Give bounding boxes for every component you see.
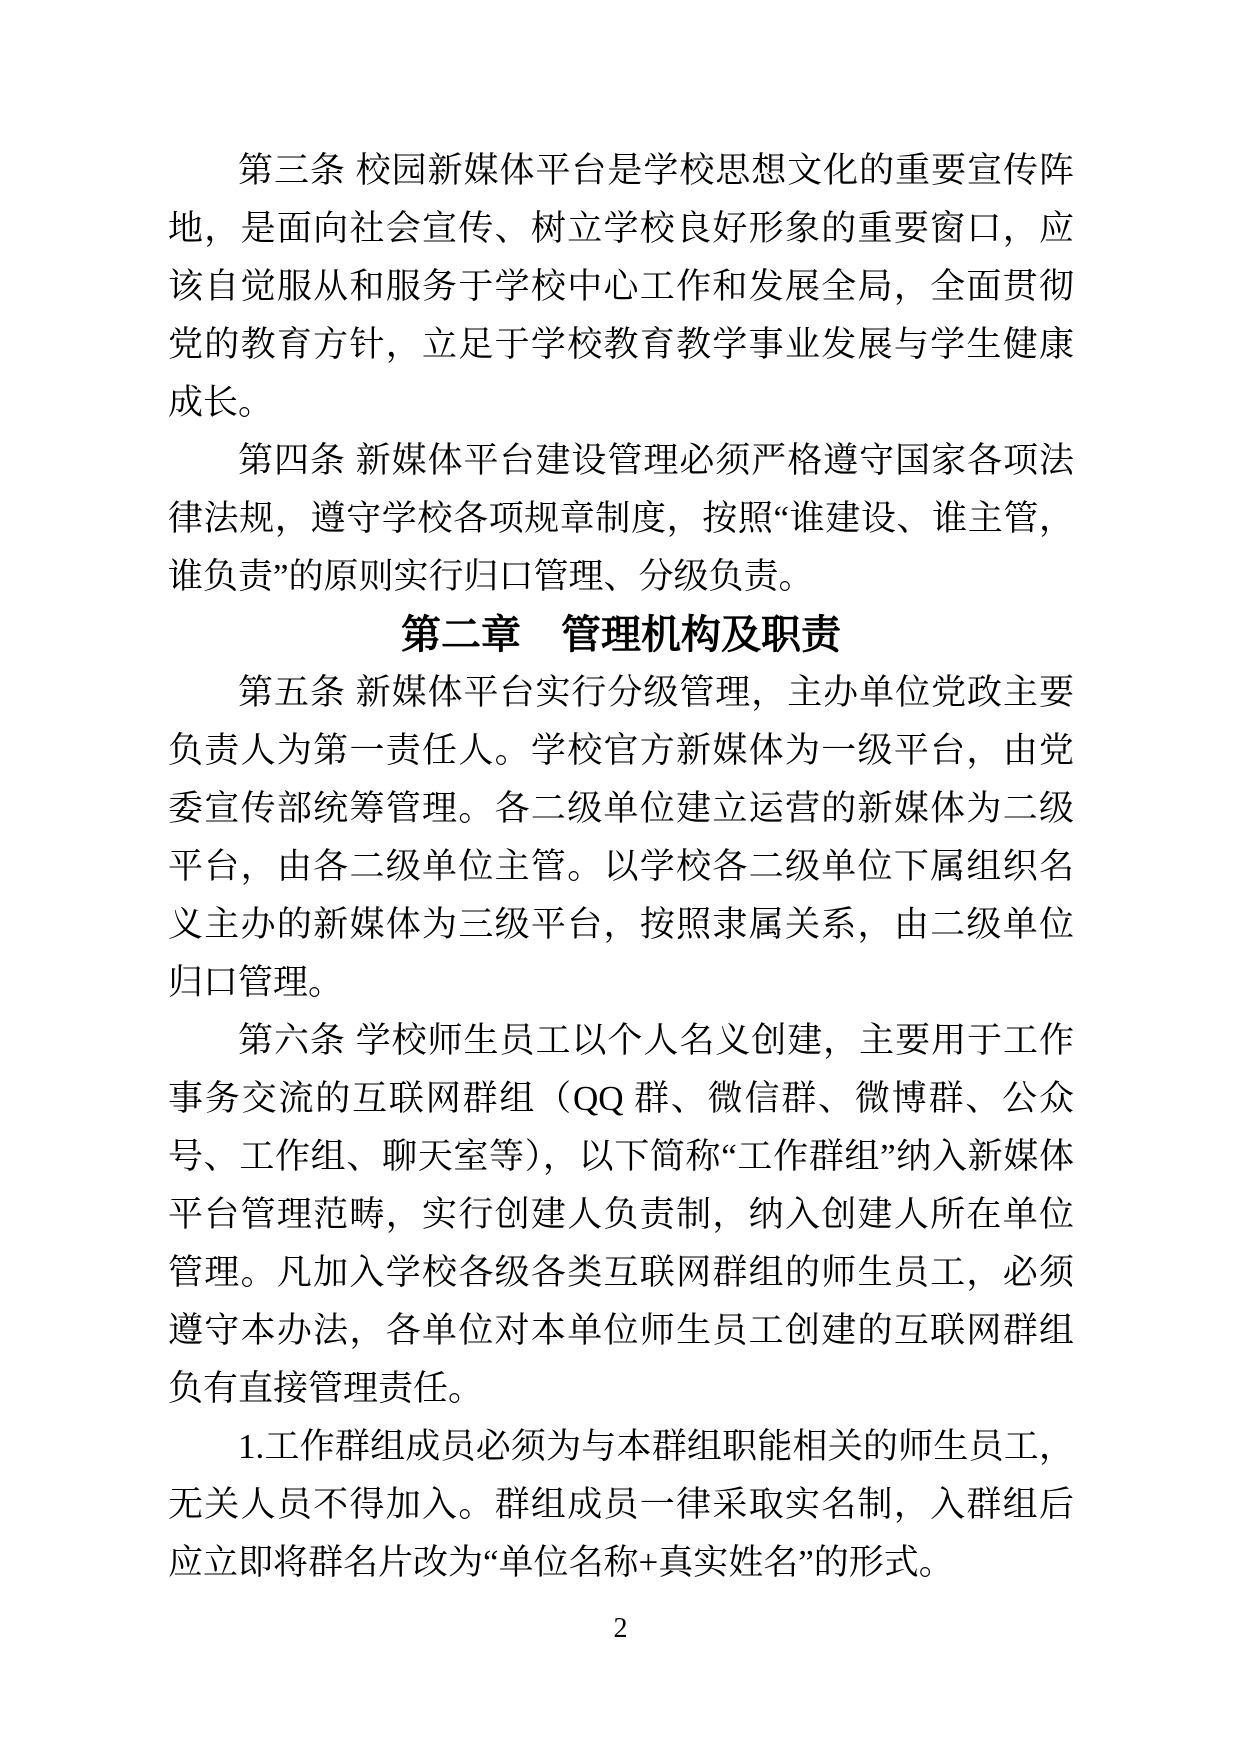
paragraph-item-1: 1.工作群组成员必须为与本群组职能相关的师生员工，无关人员不得加入。群组成员一律… — [168, 1418, 1074, 1592]
paragraph-article-6: 第六条 学校师生员工以个人名义创建，主要用于工作事务交流的互联网群组（QQ 群、… — [168, 1012, 1074, 1418]
page-number: 2 — [614, 1613, 628, 1644]
paragraph-article-4: 第四条 新媒体平台建设管理必须严格遵守国家各项法律法规，遵守学校各项规章制度，按… — [168, 432, 1074, 606]
paragraph-article-3: 第三条 校园新媒体平台是学校思想文化的重要宣传阵地，是面向社会宣传、树立学校良好… — [168, 142, 1074, 432]
document-body: 第三条 校园新媒体平台是学校思想文化的重要宣传阵地，是面向社会宣传、树立学校良好… — [168, 142, 1074, 1592]
chapter-2-heading: 第二章 管理机构及职责 — [168, 606, 1074, 664]
page-footer: 2 — [0, 1612, 1241, 1646]
document-page: 第三条 校园新媒体平台是学校思想文化的重要宣传阵地，是面向社会宣传、树立学校良好… — [0, 0, 1241, 1755]
paragraph-article-5: 第五条 新媒体平台实行分级管理，主办单位党政主要负责人为第一责任人。学校官方新媒… — [168, 664, 1074, 1012]
